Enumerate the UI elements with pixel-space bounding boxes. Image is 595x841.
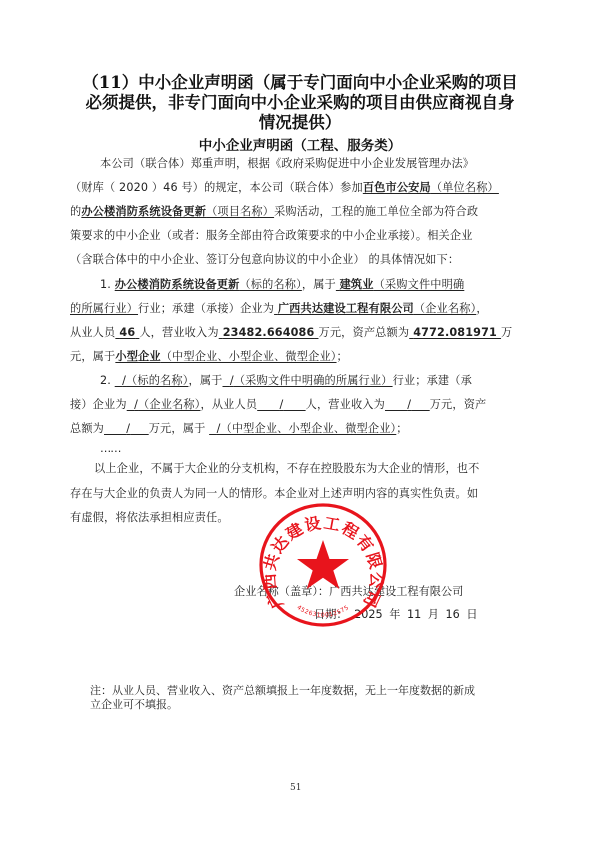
unit-name-field: 百色市公安局（单位名称） (363, 181, 499, 194)
item-text: 行业；承建（承接）企业为 (138, 302, 274, 315)
seal-code: 4526310012575 (296, 604, 351, 619)
item-text: 总额为 (70, 422, 104, 435)
industry-hint: （采购文件中明确 (374, 278, 465, 291)
item-number: 1. (100, 278, 111, 291)
unit-name-hint: （单位名称） (431, 181, 499, 194)
company-hint: （企业名称） (138, 398, 200, 411)
assets-value: 4772.081971 (409, 326, 501, 339)
employees-number: 46 (119, 326, 135, 339)
item-text: 行业；承建（承 (393, 374, 472, 387)
item-text: ； (337, 350, 348, 363)
industry-hint: （采购文件中明确的所属行业） (234, 374, 393, 387)
item-text: 万元，资产总额为 (318, 326, 409, 339)
page-title-line-2: 必须提供，非专门面向中小企业采购的项目由供应商视自身 (60, 93, 540, 113)
size-field: 小型企业（中型企业、小型企业、微型企业） (115, 350, 336, 363)
industry-field: /（采购文件中明确的所属行业） (223, 374, 393, 387)
date-year-unit: 年 (389, 608, 400, 621)
assets-number: 4772.081971 (413, 326, 497, 339)
project-name-field: 办公楼消防系统设备更新（项目名称） (81, 205, 274, 218)
item-text: ，属于 (188, 374, 222, 387)
svg-text:4526310012575: 4526310012575 (296, 604, 351, 619)
subject-value: 办公楼消防系统设备更新 (115, 278, 240, 291)
date-day: 16 (446, 608, 460, 621)
assets-number: / (126, 422, 130, 435)
intro-line-2: （财库（ 2020 ）46 号）的规定，本公司（联合体）参加百色市公安局（单位名… (70, 181, 502, 195)
intro-line-4: 策要求的中小企业（或者：服务全部由符合政策要求的中小企业承接）。相关企业 (70, 229, 502, 243)
subject-field: /（标的名称） (115, 374, 189, 387)
item2-line-3: 总额为 / 万元，属于 /（中型企业、小型企业、微型企业）； (70, 422, 502, 436)
item2-line-1: 2. /（标的名称），属于 /（采购文件中明确的所属行业）行业；承建（承 (70, 374, 502, 388)
project-name-value: 办公楼消防系统设备更新 (81, 205, 206, 218)
unit-name-value: 百色市公安局 (363, 181, 431, 194)
item-text: ，属于 (302, 278, 336, 291)
subject-field: 办公楼消防系统设备更新（标的名称） (115, 278, 302, 291)
item1-line-1: 1. 办公楼消防系统设备更新（标的名称），属于 建筑业（采购文件中明确 (70, 278, 502, 292)
date-day-unit: 日 (466, 608, 477, 621)
form-subtitle: 中小企业声明函（工程、服务类） (60, 134, 540, 154)
item-text: 人，营业收入为 (306, 398, 385, 411)
item-text: 万元，资产 (430, 398, 487, 411)
company-value: 广西共达建设工程有限公司 (278, 302, 414, 315)
intro-line-3: 的办公楼消防系统设备更新（项目名称）采购活动，工程的施工单位全部为符合政 (70, 205, 502, 219)
industry-field: 建筑业（采购文件中明确 (336, 278, 464, 291)
intro-text: （财库（ 2020 ）46 号）的规定，本公司（联合体）参加 (70, 181, 363, 194)
date-month-unit: 月 (428, 608, 439, 621)
industry-hint: 的所属行业） (70, 302, 138, 315)
assets-value: / (104, 422, 149, 435)
size-value: 小型企业 (115, 350, 160, 363)
item-text: 万元，属于 (149, 422, 206, 435)
page-number: 51 (290, 783, 301, 793)
item2-line-2: 接）企业为 /（企业名称），从业人员 / 人，营业收入为 / 万元，资产 (70, 398, 502, 412)
item-text: ； (396, 422, 407, 435)
company-field: /（企业名称） (127, 398, 201, 411)
size-hint: （中型企业、小型企业、微型企业） (161, 350, 337, 363)
employees-value: / (257, 398, 305, 411)
item-number: 2. (100, 374, 111, 387)
item1-line-3: 从业人员 46 人，营业收入为 23482.664086 万元，资产总额为 47… (70, 326, 502, 340)
project-name-hint: （项目名称） (206, 205, 274, 218)
employees-value: 46 (115, 326, 139, 339)
item-text: 万 (501, 326, 512, 339)
company-field: 广西共达建设工程有限公司（企业名称） (274, 302, 476, 315)
company-seal-icon: 广西共达建设工程有限公司 4526310012575 (258, 502, 388, 628)
note-line-1: 注：从业人员、营业收入、资产总额填报上一年度数据，无上一年度数据的新成 (90, 684, 475, 698)
intro-line-5: （含联合体中的中小企业、签订分包意向协议的中小企业） 的具体情况如下： (70, 253, 502, 267)
employees-number: / (279, 398, 283, 411)
closing-line-1: 以上企业，不属于大企业的分支机构，不存在控股股东为大企业的情形，也不 (70, 462, 502, 476)
size-hint: （中型企业、小型企业、微型企业） (220, 422, 396, 435)
item-text: ，从业人员 (200, 398, 257, 411)
size-field: /（中型企业、小型企业、微型企业） (209, 422, 396, 435)
closing-line-2: 存在与大企业的负责人为同一人的情形。本企业对上述声明内容的真实性负责。如 (70, 487, 502, 501)
item-text: 人，营业收入为 (139, 326, 218, 339)
ellipsis: …… (70, 442, 502, 456)
intro-text: 的 (70, 205, 81, 218)
page-title-line-3: 情况提供） (60, 113, 540, 133)
industry-value: 建筑业 (340, 278, 374, 291)
revenue-number: 23482.664086 (223, 326, 315, 339)
company-hint: （企业名称） (414, 302, 476, 315)
item-text: 元，属于 (70, 350, 115, 363)
page-title-line-1: （11）中小企业声明函（属于专门面向中小企业采购的项目 (60, 73, 540, 93)
subject-hint: （标的名称） (126, 374, 188, 387)
item1-line-4: 元，属于小型企业（中型企业、小型企业、微型企业）； (70, 350, 502, 364)
note-line-2: 立企业可不填报。 (90, 698, 178, 712)
revenue-value: / (385, 398, 430, 411)
intro-text: 采购活动，工程的施工单位全部为符合政 (274, 205, 478, 218)
item-text: 从业人员 (70, 326, 115, 339)
date-month: 11 (407, 608, 421, 621)
item-text: 接）企业为 (70, 398, 127, 411)
revenue-value: 23482.664086 (219, 326, 319, 339)
intro-line-1: 本公司（联合体）郑重声明，根据《政府采购促进中小企业发展管理办法》 (70, 157, 502, 171)
subject-hint: （标的名称） (239, 278, 301, 291)
item1-line-2: 的所属行业）行业；承建（承接）企业为 广西共达建设工程有限公司（企业名称）， (70, 302, 502, 316)
revenue-number: / (407, 398, 411, 411)
